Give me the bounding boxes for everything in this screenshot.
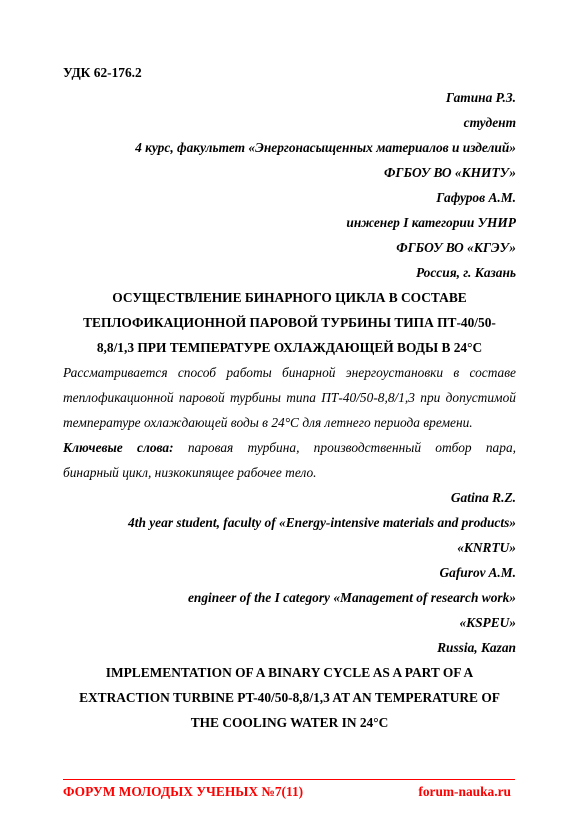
title-ru-line: 8,8/1,3 ПРИ ТЕМПЕРАТУРЕ ОХЛАЖДАЮЩЕЙ ВОДЫ… [63,335,516,360]
author-position-en: 4th year student, faculty of «Energy-int… [63,510,516,535]
abstract-ru: Рассматривается способ работы бинарной э… [63,360,516,435]
abstract-ru-line: Рассматривается способ работы бинарной э… [63,360,516,385]
author-affiliation-en: «KNRTU» [63,535,516,560]
keywords-ru-line: Ключевые слова: паровая турбина, произво… [63,435,516,460]
author-faculty-ru: 4 курс, факультет «Энергонасыщенных мате… [63,135,516,160]
authors-en-block: Gatina R.Z. 4th year student, faculty of… [63,485,516,660]
title-en-line: EXTRACTION TURBINE PT-40/50-8,8/1,3 AT A… [63,685,516,710]
author-name-en: Gatina R.Z. [63,485,516,510]
journal-name: ФОРУМ МОЛОДЫХ УЧЕНЫХ №7(11) [63,783,303,801]
udc-code: УДК 62-176.2 [63,60,516,85]
title-en-line: THE COOLING WATER IN 24°C [63,710,516,735]
page-footer: ФОРУМ МОЛОДЫХ УЧЕНЫХ №7(11) forum-nauka.… [63,779,515,801]
coauthor-name-ru: Гафуров А.М. [63,185,516,210]
author-affiliation-ru: ФГБОУ ВО «КНИТУ» [63,160,516,185]
coauthor-name-en: Gafurov A.M. [63,560,516,585]
article-title-en: IMPLEMENTATION OF A BINARY CYCLE AS A PA… [63,660,516,735]
keywords-ru: Ключевые слова: паровая турбина, произво… [63,435,516,485]
article-page: УДК 62-176.2 Гатина Р.З. студент 4 курс,… [63,60,516,735]
author-name-ru: Гатина Р.З. [63,85,516,110]
article-title-ru: ОСУЩЕСТВЛЕНИЕ БИНАРНОГО ЦИКЛА В СОСТАВЕ … [63,285,516,360]
location-en: Russia, Kazan [63,635,516,660]
abstract-ru-line: теплофикационной паровой турбины типа ПТ… [63,385,516,410]
author-position-ru: студент [63,110,516,135]
footer-row: ФОРУМ МОЛОДЫХ УЧЕНЫХ №7(11) forum-nauka.… [63,780,515,801]
keywords-label: Ключевые слова: [63,440,174,455]
title-ru-line: ОСУЩЕСТВЛЕНИЕ БИНАРНОГО ЦИКЛА В СОСТАВЕ [63,285,516,310]
coauthor-position-ru: инженер I категории УНИР [63,210,516,235]
journal-website: forum-nauka.ru [418,783,515,801]
title-ru-line: ТЕПЛОФИКАЦИОННОЙ ПАРОВОЙ ТУРБИНЫ ТИПА ПТ… [63,310,516,335]
coauthor-affiliation-en: «KSPEU» [63,610,516,635]
keywords-ru-text: паровая турбина, производственный отбор … [188,440,516,455]
authors-ru-block: Гатина Р.З. студент 4 курс, факультет «Э… [63,85,516,285]
keywords-ru-line: бинарный цикл, низкокипящее рабочее тело… [63,460,516,485]
title-en-line: IMPLEMENTATION OF A BINARY CYCLE AS A PA… [63,660,516,685]
coauthor-position-en: engineer of the I category «Management o… [63,585,516,610]
abstract-ru-line: температуре охлаждающей воды в 24°С для … [63,410,516,435]
coauthor-affiliation-ru: ФГБОУ ВО «КГЭУ» [63,235,516,260]
location-ru: Россия, г. Казань [63,260,516,285]
